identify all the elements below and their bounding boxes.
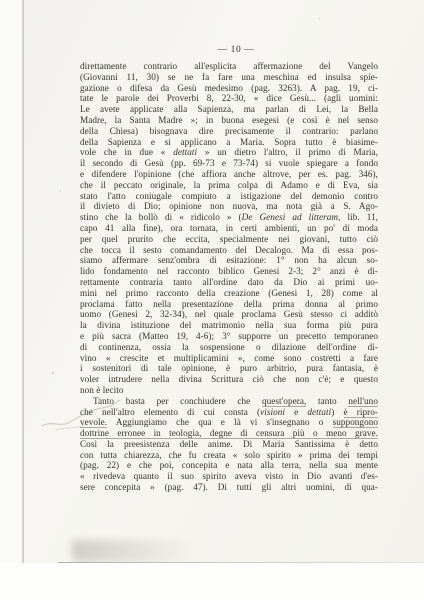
body-text: i sostenitori di tale opinione, è puro a… — [80, 363, 378, 373]
body-text: siamo affermare senz'ombra di esitazione… — [80, 255, 378, 265]
body-text: della Sapienza e si applicano a Maria. S… — [80, 137, 378, 147]
pencil-underlined-text: dottrine erronee in teologia, degne di c… — [80, 428, 378, 439]
italic-text: De Genesi ad litteram — [242, 212, 338, 222]
body-text: « rivedeva quanto il suo spirito aveva v… — [80, 471, 378, 481]
text-line: della Sapienza e si applicano a Maria. S… — [80, 137, 378, 148]
text-line: della Chiesa) bisognava dire precisament… — [80, 126, 378, 137]
body-text: tate le parole dei Proverbi 8, 22-30, « … — [80, 93, 378, 103]
body-text: e più sacra (Matteo 19, 4-6); 3° supporr… — [80, 331, 378, 341]
body-text: proclama fatto nella presentazione della… — [80, 299, 378, 309]
body-text: per quel prurito che eccita, specialment… — [80, 234, 378, 244]
text-line: mini nel primo racconto della creazione … — [80, 288, 378, 299]
body-text: di continenza, ossia la sospensione o di… — [80, 342, 378, 352]
text-line: gazione o difesa da Gesù medesimo (pag. … — [80, 83, 378, 94]
pencil-underlined-text: è ripro- — [344, 407, 379, 418]
body-text: mini nel primo racconto della creazione … — [80, 288, 378, 298]
text-line: lido fondamento nel racconto biblico Gen… — [80, 266, 378, 277]
text-line: il divieto di Dio; opinione non nuova, m… — [80, 201, 378, 212]
scan-background-bottom — [0, 563, 424, 599]
body-text: stino che la bollò di « ridicolo » ( — [80, 212, 242, 222]
pencil-underlined-text: suppongono — [333, 417, 378, 428]
body-text: vole che in due « — [80, 147, 173, 157]
text-line: sere concepita » (pag. 47). Di tutti gli… — [80, 482, 378, 493]
text-line: tate le parole dei Proverbi 8, 22-30, « … — [80, 93, 378, 104]
body-text: tanto — [306, 396, 348, 406]
text-line: siamo affermare senz'ombra di esitazione… — [80, 255, 378, 266]
scanned-book-page: — 10 — direttamente contrario all'esplic… — [0, 0, 424, 599]
text-line: Madre, la Santa Madre »; in buona eseges… — [80, 115, 378, 126]
pencil-underlined-text: quest'opera, — [262, 396, 306, 407]
text-line: proclama fatto nella presentazione della… — [80, 299, 378, 310]
scan-speck — [52, 372, 54, 374]
page-fold-edge — [22, 0, 24, 563]
page-bottom-shadow — [72, 540, 197, 562]
text-line: vole che in due « dettati » un dietro l'… — [80, 147, 378, 158]
body-text: il secondo di Gesù (pp. 69-73 e 73-74) s… — [80, 158, 378, 168]
scan-speck — [276, 330, 278, 332]
pencil-underlined-text: nell'uno — [348, 396, 378, 407]
italic-text: visioni — [260, 407, 285, 417]
body-text: Così la preesistenza delle anime. Di Mar… — [80, 439, 378, 449]
scan-background-left — [0, 0, 22, 563]
text-line: direttamente contrario all'esplicita aff… — [80, 61, 378, 72]
text-line: di continenza, ossia la sospensione o di… — [80, 342, 378, 353]
body-text: (pag. 22) e che poi, concepita e nata al… — [80, 460, 378, 470]
italic-text: dettati — [307, 407, 331, 417]
text-line: per quel prurito che eccita, specialment… — [80, 234, 378, 245]
body-text: Aggiungiamo che qua e là vi s'insegnano … — [107, 417, 332, 427]
text-line: la divina istituzione del matrimonio nel… — [80, 320, 378, 331]
body-text: che il peccato originale, la prima colpa… — [80, 180, 378, 190]
body-text: ) — [331, 407, 343, 417]
text-line: voler intrudere nella divina Scrittura c… — [80, 374, 378, 385]
text-line: Così la preesistenza delle anime. Di Mar… — [80, 439, 378, 450]
text-line: stino che la bollò di « ridicolo » (De G… — [80, 212, 378, 223]
body-text: capo 41 alla fine), ora tornata, in cert… — [80, 223, 378, 233]
text-line: (pag. 22) e che poi, concepita e nata al… — [80, 460, 378, 471]
text-line: Tanto basta per conchiudere che quest'op… — [80, 396, 378, 407]
body-text: direttamente contrario all'esplicita aff… — [80, 61, 378, 71]
body-text: uomo (Genesi 2, 32-34), nel quale procla… — [80, 309, 378, 319]
text-line: con tutta chiarezza, che fu creata « sol… — [80, 450, 378, 461]
text-line: vino « crescite et multiplicamini », com… — [80, 353, 378, 364]
text-line: « rivedeva quanto il suo spirito aveva v… — [80, 471, 378, 482]
body-text: vino « crescite et multiplicamini », com… — [80, 353, 378, 363]
italic-text: dettati — [173, 147, 197, 157]
text-block: direttamente contrario all'esplicita aff… — [80, 61, 378, 493]
text-line: che nell'altro elemento di cui consta (v… — [80, 407, 378, 418]
text-line: rettamente contraria tanto all'ordine da… — [80, 277, 378, 288]
scan-speck — [60, 190, 61, 192]
body-text: e difendere l'opinione (che affiora anch… — [80, 169, 378, 179]
body-text: della Chiesa) bisognava dire precisament… — [80, 126, 378, 136]
page-number: — 10 — — [80, 45, 392, 55]
body-text: rettamente contraria tanto all'ordine da… — [80, 277, 378, 287]
text-line: (Giovanni 11, 30) se ne fa fare una mesc… — [80, 72, 378, 83]
body-text: Le avete applicate alla Sapienza, ma par… — [80, 104, 378, 114]
body-text: non è lecito — [80, 385, 123, 395]
body-text: e — [285, 407, 307, 417]
text-line: vevole. Aggiungiamo che qua e là vi s'in… — [80, 417, 378, 428]
body-text: voler intrudere nella divina Scrittura c… — [80, 374, 378, 384]
text-line: il secondo di Gesù (pp. 69-73 e 73-74) s… — [80, 158, 378, 169]
body-text: il divieto di Dio; opinione non nuova, m… — [80, 201, 378, 211]
body-text: sere concepita » (pag. 47). Di tutti gli… — [80, 482, 378, 492]
text-line: i sostenitori di tale opinione, è puro a… — [80, 363, 378, 374]
text-line: capo 41 alla fine), ora tornata, in cert… — [80, 223, 378, 234]
body-text: la divina istituzione del matrimonio nel… — [80, 320, 378, 330]
text-line: stato l'atto coniugale compiuto a istiga… — [80, 191, 378, 202]
body-text: » un dietro l'altro, il primo di Maria, — [197, 147, 378, 157]
body-text: Madre, la Santa Madre »; in buona eseges… — [80, 115, 378, 125]
body-text: (Giovanni 11, 30) se ne fa fare una mesc… — [80, 72, 378, 82]
body-text: lido fondamento nel racconto biblico Gen… — [80, 266, 378, 276]
text-line: uomo (Genesi 2, 32-34), nel quale procla… — [80, 309, 378, 320]
body-text: , lib. 11, — [338, 212, 378, 222]
body-text: gazione o difesa da Gesù medesimo (pag. … — [80, 83, 378, 93]
text-line: e più sacra (Matteo 19, 4-6); 3° supporr… — [80, 331, 378, 342]
text-line: e difendere l'opinione (che affiora anch… — [80, 169, 378, 180]
text-line: dottrine erronee in teologia, degne di c… — [80, 428, 378, 439]
body-text: stato l'atto coniugale compiuto a istiga… — [80, 191, 378, 201]
body-text: che tocca il sesto comandamento del Deca… — [80, 245, 378, 255]
text-line: che il peccato originale, la prima colpa… — [80, 180, 378, 191]
text-line: non è lecito — [80, 385, 378, 396]
text-line: Le avete applicate alla Sapienza, ma par… — [80, 104, 378, 115]
text-line: che tocca il sesto comandamento del Deca… — [80, 245, 378, 256]
scan-speck — [318, 18, 320, 19]
body-text: con tutta chiarezza, che fu creata « sol… — [80, 450, 378, 460]
margin-pencil-scribble — [38, 396, 122, 438]
